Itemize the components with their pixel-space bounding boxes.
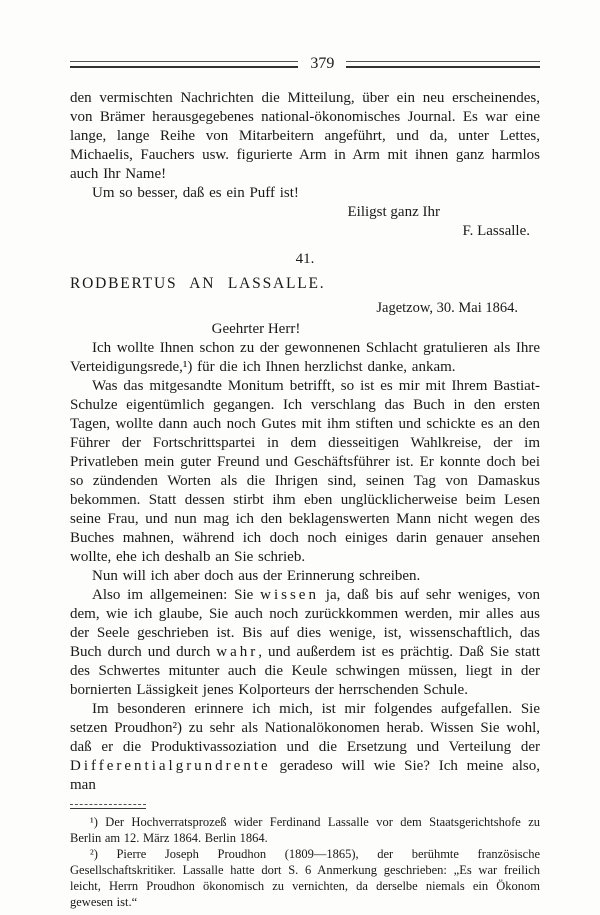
emphasized-word: wissen [260, 587, 319, 603]
footnote-2: ²) Pierre Joseph Proudhon (1809—1865), d… [70, 846, 540, 910]
text-segment: Im besonderen erinnere ich mich, ist mir… [70, 701, 540, 755]
closing-line: Eiligst ganz Ihr [70, 203, 540, 222]
continuation-paragraph: den vermischten Nachrichten die Mitteilu… [70, 89, 540, 184]
letter-number: 41. [70, 250, 540, 269]
dateline: Jagetzow, 30. Mai 1864. [70, 299, 540, 318]
text-segment: Nun will ich aber doch aus der Erinnerun… [92, 568, 420, 584]
book-page: 379 den vermischten Nachrichten die Mitt… [0, 0, 600, 915]
letter-paragraph-1: Ich wollte Ihnen schon zu der gewonnenen… [70, 339, 540, 377]
letter-paragraph-3: Nun will ich aber doch aus der Erinnerun… [70, 567, 540, 586]
emphasized-word: Differentialgrundrente [70, 758, 271, 774]
text-segment: Also im allgemeinen: Sie [92, 587, 260, 603]
text-block: 379 den vermischten Nachrichten die Mitt… [70, 56, 540, 910]
page-header: 379 [70, 56, 540, 72]
letter-paragraph-4: Also im allgemeinen: Sie wissen ja, daß … [70, 586, 540, 700]
letter-paragraph-2: Was das mitgesandte Monitum betrifft, so… [70, 377, 540, 567]
letter-paragraph-5: Im besonderen erinnere ich mich, ist mir… [70, 700, 540, 795]
text-segment: Was das mitgesandte Monitum betrifft, so… [70, 378, 540, 565]
text-segment: Ich wollte Ihnen schon zu der gewonnenen… [70, 340, 540, 375]
exclamation-line: Um so besser, daß es ein Puff ist! [70, 184, 540, 203]
letter-heading: RODBERTUS AN LASSALLE. [70, 274, 540, 294]
emphasized-word: wahr [216, 644, 258, 660]
page-number: 379 [307, 56, 337, 72]
salutation: Geehrter Herr! [21, 320, 491, 339]
header-rule-left [70, 61, 298, 68]
signature-line: F. Lassalle. [70, 222, 540, 241]
footnote-separator [70, 804, 146, 809]
footnote-1: ¹) Der Hochverratsprozeß wider Ferdinand… [70, 814, 540, 846]
header-rule-right [346, 61, 540, 68]
